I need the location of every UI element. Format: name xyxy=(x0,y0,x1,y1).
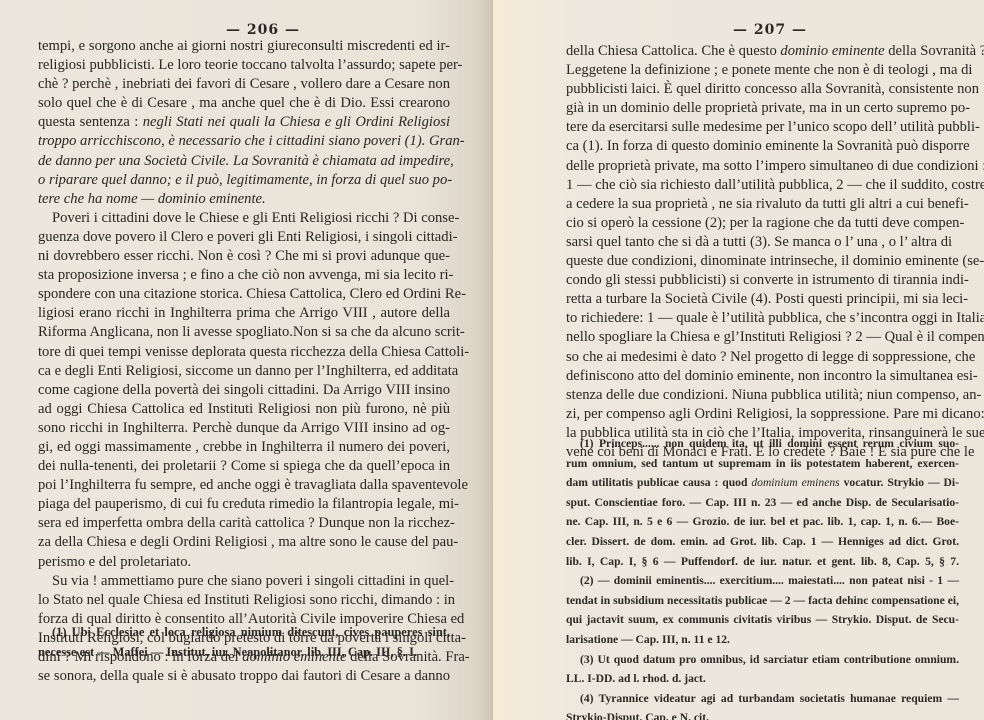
paragraph-start: Poveri i cittadini dove le Chiese e gli … xyxy=(38,209,450,228)
footnote-line: cler. Dissert. de dom. emin. ad Grot. li… xyxy=(566,532,959,552)
footnote-line: (1) Ubi Ecclesiae et loca religiosa nimi… xyxy=(38,622,450,642)
italic-line: troppo arricchiscono, è necessario che i… xyxy=(38,132,450,151)
text-line: condo gli stessi pubblicisti) si convert… xyxy=(566,271,951,290)
footnote-line: Strykio-Disput. Cap. e N. cit. xyxy=(566,708,959,720)
text-line: tempi, e sorgono anche ai giorni nostri … xyxy=(38,37,450,56)
text-run: dam utilitatis publicae causa : quod xyxy=(566,476,751,489)
footnote-line: rum omnium, sed tantum ut supremam in ii… xyxy=(566,454,959,474)
text-line: tere da esercitarsi sulle medesime per l… xyxy=(566,118,951,137)
footnote-line: larisatione — Cap. III, n. 11 e 12. xyxy=(566,630,959,650)
footnote-line: necesse est — Maffei — Institut. iur. Ne… xyxy=(38,642,450,662)
text-line: nello spogliare la Chiesa e gl’Instituti… xyxy=(566,328,951,347)
left-footnotes: (1) Ubi Ecclesiae et loca religiosa nimi… xyxy=(38,622,450,662)
text-run: della Sovranità ? xyxy=(885,43,984,59)
text-line: religiosi pubblicisti. Le loro teorie to… xyxy=(38,56,450,75)
left-body-text: tempi, e sorgono anche ai giorni nostri … xyxy=(38,37,450,686)
footnote-line: (4) Tyrannice videatur agi ad turbandam … xyxy=(566,689,959,709)
text-line: guenza dove povero il Clero e poveri gli… xyxy=(38,228,450,247)
footnote-line: ne. Cap. III, n. 5 e 6 — Grozio. de iur.… xyxy=(566,512,959,532)
text-line: dei nulla-tenenti, dei proletarii ? Come… xyxy=(38,457,450,476)
text-line: 1 — che ciò sia richiesto dall’utilità p… xyxy=(566,176,951,195)
italic-term: dominium eminens xyxy=(751,476,839,489)
footnote-line: LL. I-DD. ad l. rhod. d. jact. xyxy=(566,669,959,689)
text-line: sera ed imperfetta ombra della carità ca… xyxy=(38,514,450,533)
text-line: della Chiesa Cattolica. Che è questo dom… xyxy=(566,42,951,61)
text-line: Riforma Anglicana, non li avesse spoglia… xyxy=(38,323,450,342)
right-footnotes: (1) Princeps...... non quidem ita, ut il… xyxy=(566,434,959,720)
text-line: già in un dominio delle proprietà privat… xyxy=(566,99,951,118)
text-line: spondere con una citazione storica. Chie… xyxy=(38,285,450,304)
italic-term: dominio eminente xyxy=(780,43,884,59)
text-line: chè ? perchè , inebriati dei favori di C… xyxy=(38,75,450,94)
text-line: lo Stato nel quale Chiesa ed Instituti R… xyxy=(38,591,450,610)
italic-line: tere che ha nome — dominio eminente. xyxy=(38,190,450,209)
text-line: ligiosi erano ricchi in Inghilterra prim… xyxy=(38,304,450,323)
text-line: piaga del pauperismo, di cui fu creduta … xyxy=(38,495,450,514)
italic-quote: negli Stati nei quali la Chiesa e gli Or… xyxy=(143,114,450,130)
text-line: pubblicisti laici. È quel diritto conces… xyxy=(566,80,951,99)
footnote-line: dam utilitatis publicae causa : quod dom… xyxy=(566,473,959,493)
text-line: retta a turbare la Società Civile (4). P… xyxy=(566,290,951,309)
footnote-line: lib. I, Cap. I, § 6 — Puffendorf. de iur… xyxy=(566,552,959,572)
text-line: stenza delle due condizioni. Niuna pubbl… xyxy=(566,386,951,405)
text-line: ad oggi Chiesa Cattolica ed Instituti Re… xyxy=(38,400,450,419)
text-line: tore di quei tempi venisse deplorata que… xyxy=(38,343,450,362)
page-number-207: — 207 — xyxy=(733,22,807,38)
text-line: come cagione della povertà dei singoli c… xyxy=(38,381,450,400)
text-line: cio si operò la cessione (2); per la rag… xyxy=(566,214,951,233)
paragraph-start: Su via ! ammettiamo pure che siano pover… xyxy=(38,572,450,591)
italic-line: de danno per una Società Civile. La Sovr… xyxy=(38,152,450,171)
text-line: questa sentenza : negli Stati nei quali … xyxy=(38,113,450,132)
right-body-text: della Chiesa Cattolica. Che è questo dom… xyxy=(566,42,951,462)
italic-line: o riparare quel danno; e il può, legitim… xyxy=(38,171,450,190)
text-line: Leggetene la definizione ; e ponete ment… xyxy=(566,61,951,80)
footnote-line: qui jactavit suum, ex communis civitatis… xyxy=(566,610,959,630)
left-page: — 206 — tempi, e sorgono anche ai giorni… xyxy=(0,0,493,720)
text-line: se sonora, della quale si è abusato trop… xyxy=(38,667,450,686)
text-line: solo quel che è di Cesare , ma anche que… xyxy=(38,94,450,113)
footnote-line: (1) Princeps...... non quidem ita, ut il… xyxy=(566,434,959,454)
text-run: vocatur. Strykio — Di- xyxy=(840,476,959,489)
text-line: queste due condizioni, dinominate intrin… xyxy=(566,252,951,271)
text-line: sarsi quel tanto che si dà a tutti (3). … xyxy=(566,233,951,252)
footnote-line: (2) — dominii eminentis.... exercitium..… xyxy=(566,571,959,591)
footnote-line: (3) Ut quod datum pro omnibus, id sarcia… xyxy=(566,650,959,670)
text-line: a cedere la sua proprietà , ne sia rival… xyxy=(566,195,951,214)
text-line: ni dovrebbero esser ricchi. Non è così ?… xyxy=(38,247,450,266)
text-line: ca e degli Enti Religiosi, siccome un da… xyxy=(38,362,450,381)
text-line: delle proprietà private, ma sotto l’impe… xyxy=(566,157,951,176)
page-number-206: — 206 — xyxy=(226,22,300,38)
text-run: questa sentenza : xyxy=(38,114,143,130)
footnote-line: sput. Conscientiae foro. — Cap. III n. 2… xyxy=(566,493,959,513)
text-line: za della Chiesa e degli Ordini Religiosi… xyxy=(38,533,450,552)
text-line: zi, per compenso agli Ordini Religiosi, … xyxy=(566,405,951,424)
text-line: to richiedere: 1 — quale è l’utilità pub… xyxy=(566,309,951,328)
text-line: ca (1). In forza di questo dominio emine… xyxy=(566,137,951,156)
text-line: poi l’Inghilterra fu sempre, ed anche og… xyxy=(38,476,450,495)
text-run: della Chiesa Cattolica. Che è questo xyxy=(566,43,780,59)
text-line: perismo e del proletariato. xyxy=(38,553,450,572)
text-line: sono ricchi in Inghilterra. Perchè dunqu… xyxy=(38,419,450,438)
text-line: sta proposizione inversa ; e fino a che … xyxy=(38,266,450,285)
right-page: — 207 — della Chiesa Cattolica. Che è qu… xyxy=(493,0,984,720)
text-line: definiscono atto del dominio eminente, n… xyxy=(566,367,951,386)
footnote-line: tendat in subsidium necessitatis publica… xyxy=(566,591,959,611)
text-line: so che ai medesimi è dato ? Nel progetto… xyxy=(566,348,951,367)
text-line: gi, ed oggi massimamente , crebbe in Ing… xyxy=(38,438,450,457)
